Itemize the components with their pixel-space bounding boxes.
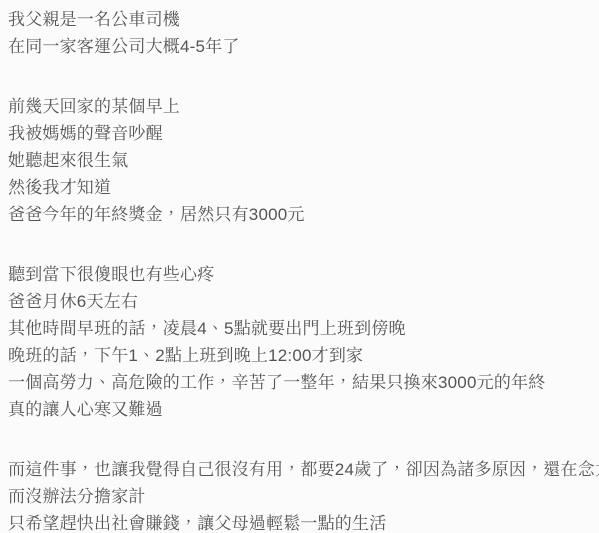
post-line: 爸爸今年的年終獎金，居然只有3000元 xyxy=(8,201,599,228)
post-body: 我父親是一名公車司機在同一家客運公司大概4-5年了前幾天回家的某個早上我被媽媽的… xyxy=(0,0,599,533)
post-paragraph: 而這件事，也讓我覺得自己很沒有用，都要24歲了，卻因為諸多原因，還在念大學，而沒… xyxy=(8,456,599,533)
post-line: 前幾天回家的某個早上 xyxy=(8,93,599,120)
post-line: 我被媽媽的聲音吵醒 xyxy=(8,120,599,147)
post-line: 我父親是一名公車司機 xyxy=(8,6,599,33)
post-line: 然後我才知道 xyxy=(8,174,599,201)
post-paragraph: 我父親是一名公車司機在同一家客運公司大概4-5年了 xyxy=(8,6,599,60)
page: { "page": { "background_color": "#fbfbfb… xyxy=(0,0,599,533)
post-line: 其他時間早班的話，凌晨4、5點就要出門上班到傍晚 xyxy=(8,315,599,342)
post-line: 一個高勞力、高危險的工作，辛苦了一整年，結果只換來3000元的年終 xyxy=(8,369,599,396)
post-paragraph: 聽到當下很傻眼也有些心疼爸爸月休6天左右其他時間早班的話，凌晨4、5點就要出門上… xyxy=(8,261,599,423)
post-line: 她聽起來很生氣 xyxy=(8,147,599,174)
post-line: 爸爸月休6天左右 xyxy=(8,288,599,315)
post-line: 聽到當下很傻眼也有些心疼 xyxy=(8,261,599,288)
post-line: 在同一家客運公司大概4-5年了 xyxy=(8,33,599,60)
post-line: 而這件事，也讓我覺得自己很沒有用，都要24歲了，卻因為諸多原因，還在念大學， xyxy=(8,456,599,483)
post-paragraph: 前幾天回家的某個早上我被媽媽的聲音吵醒她聽起來很生氣然後我才知道爸爸今年的年終獎… xyxy=(8,93,599,228)
post-line: 只希望趕快出社會賺錢，讓父母過輕鬆一點的生活 xyxy=(8,510,599,533)
post-line: 晚班的話，下午1、2點上班到晚上12:00才到家 xyxy=(8,342,599,369)
post-line: 真的讓人心寒又難過 xyxy=(8,396,599,423)
post-line: 而沒辦法分擔家計 xyxy=(8,483,599,510)
